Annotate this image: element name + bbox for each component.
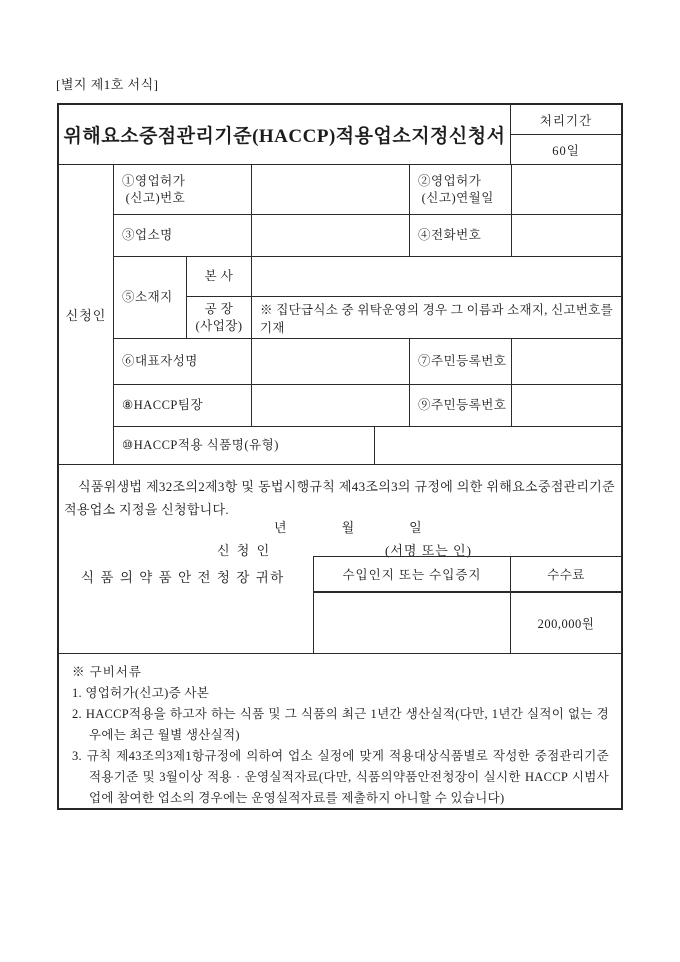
row-haccp-food: ⑩HACCP적용 식품명(유형) <box>114 427 621 464</box>
applicant-section-label: 신청인 <box>59 165 114 464</box>
factory-note: ※ 집단급식소 중 위탁운영의 경우 그 이름과 소재지, 신고번호를 기재 <box>252 297 621 338</box>
haccp-food-name-label: ⑩HACCP적용 식품명(유형) <box>114 427 375 464</box>
date-line: 년 월 일 <box>274 517 422 536</box>
resident-number-1-value[interactable] <box>512 339 621 384</box>
processing-period-label: 처리기간 <box>511 105 621 135</box>
attachment-item-3: 3. 규칙 제43조의3제1항규정에 의하여 업소 실정에 맞게 적용대상식품별… <box>72 746 609 809</box>
form-page: { "doc_note": "[별지 제1호 서식]", "title": "위… <box>0 0 680 962</box>
phone-number-value[interactable] <box>512 215 621 256</box>
representative-name-label: ⑥대표자성명 <box>114 339 252 384</box>
resident-number-2-label: ⑨주민등록번호 <box>410 385 512 426</box>
attachments-section: ※ 구비서류 1. 영업허가(신고)증 사본 2. HACCP적용을 하고자 하… <box>59 654 621 809</box>
day-label: 일 <box>409 517 422 536</box>
processing-period-column: 처리기간 60일 <box>511 105 621 164</box>
establishment-name-value[interactable] <box>252 215 410 256</box>
revenue-stamp-cell[interactable] <box>314 593 510 653</box>
business-permit-date-label: ②영업허가 (신고)연월일 <box>410 165 512 214</box>
month-label: 월 <box>342 517 355 536</box>
row-location: ⑤소재지 본 사 공 장 (사업장) ※ 집단급식소 중 위탁운영의 경우 그 … <box>114 257 621 339</box>
haccp-team-leader-label: ⑧HACCP팀장 <box>114 385 252 426</box>
resident-number-1-label: ⑦주민등록번호 <box>410 339 512 384</box>
fee-amount: 200,000원 <box>510 593 621 653</box>
row-haccp-leader: ⑧HACCP팀장 ⑨주민등록번호 <box>114 385 621 427</box>
head-office-row: 본 사 <box>187 257 621 297</box>
form-title: 위해요소중점관리기준(HACCP)적용업소지정신청서 <box>64 121 506 148</box>
form-table: 위해요소중점관리기준(HACCP)적용업소지정신청서 처리기간 60일 신청인 … <box>57 103 623 810</box>
fee-table: 수입인지 또는 수입증지 수수료 200,000원 <box>313 556 621 653</box>
fee-header: 수수료 <box>510 557 621 591</box>
location-sub: 본 사 공 장 (사업장) ※ 집단급식소 중 위탁운영의 경우 그 이름과 소… <box>187 257 621 338</box>
representative-name-value[interactable] <box>252 339 410 384</box>
declaration-body: 식품위생법 제32조의2제3항 및 동법시행규칙 제43조의3의 규정에 의한 … <box>59 465 621 521</box>
phone-number-label: ④전화번호 <box>410 215 512 256</box>
head-office-value[interactable] <box>252 257 621 296</box>
row-representative: ⑥대표자성명 ⑦주민등록번호 <box>114 339 621 385</box>
attachments-heading: ※ 구비서류 <box>72 661 609 683</box>
processing-period-value: 60일 <box>511 135 621 164</box>
factory-label: 공 장 (사업장) <box>187 297 252 338</box>
business-permit-number-value[interactable] <box>252 165 410 214</box>
resident-number-2-value[interactable] <box>512 385 621 426</box>
form-note: [별지 제1호 서식] <box>56 74 159 93</box>
fee-table-header: 수입인지 또는 수입증지 수수료 <box>314 557 621 593</box>
applicant-sign-label: 신 청 인 <box>217 540 271 559</box>
addressee: 식 품 의 약 품 안 전 청 장 귀하 <box>81 566 285 586</box>
form-title-cell: 위해요소중점관리기준(HACCP)적용업소지정신청서 <box>59 105 511 164</box>
row-permit: ①영업허가 (신고)번호 ②영업허가 (신고)연월일 <box>114 165 621 215</box>
year-label: 년 <box>274 517 287 536</box>
attachment-item-2: 2. HACCP적용을 하고자 하는 식품 및 그 식품의 최근 1년간 생산실… <box>72 704 609 746</box>
location-label: ⑤소재지 <box>114 257 187 338</box>
haccp-food-name-value[interactable] <box>375 427 621 464</box>
haccp-team-leader-value[interactable] <box>252 385 410 426</box>
establishment-name-label: ③업소명 <box>114 215 252 256</box>
attachment-item-1: 1. 영업허가(신고)증 사본 <box>72 683 609 704</box>
title-band: 위해요소중점관리기준(HACCP)적용업소지정신청서 처리기간 60일 <box>59 105 621 165</box>
fee-table-body: 200,000원 <box>314 593 621 653</box>
row-establishment: ③업소명 ④전화번호 <box>114 215 621 257</box>
head-office-label: 본 사 <box>187 257 252 296</box>
revenue-stamp-header: 수입인지 또는 수입증지 <box>314 557 510 591</box>
applicant-fields: ①영업허가 (신고)번호 ②영업허가 (신고)연월일 ③업소명 ④전화번호 ⑤소… <box>114 165 621 464</box>
business-permit-number-label: ①영업허가 (신고)번호 <box>114 165 252 214</box>
declaration-section: 식품위생법 제32조의2제3항 및 동법시행규칙 제43조의3의 규정에 의한 … <box>59 465 621 654</box>
business-permit-date-value[interactable] <box>512 165 621 214</box>
factory-row: 공 장 (사업장) ※ 집단급식소 중 위탁운영의 경우 그 이름과 소재지, … <box>187 297 621 338</box>
applicant-section: 신청인 ①영업허가 (신고)번호 ②영업허가 (신고)연월일 ③업소명 ④전화번… <box>59 165 621 465</box>
